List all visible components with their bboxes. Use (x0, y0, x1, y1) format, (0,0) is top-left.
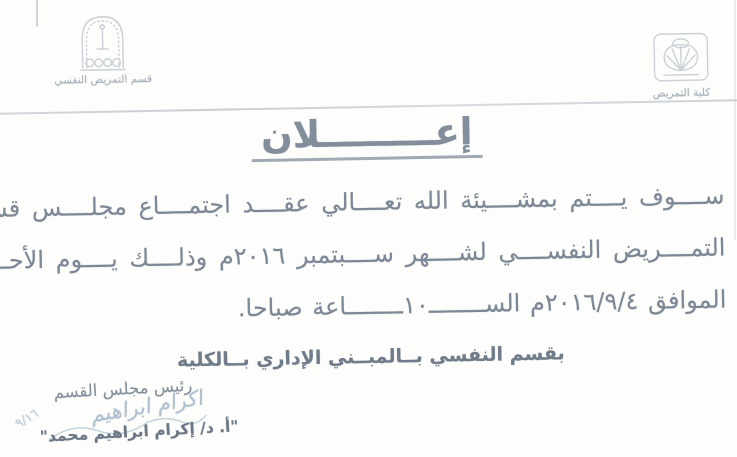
document-sheet: قسم التمريض النفسي كلية التمريض إعــــــ… (0, 0, 737, 457)
college-stamp: كلية التمريض (636, 29, 725, 100)
announcement-body: ســــوف يــــتم بمشــــيئة الله تعــــال… (9, 169, 727, 338)
signature-block: رئيس مجلس القسم اكرام ابراهيم ٩/١٦ "أ. د… (13, 371, 284, 404)
college-stamp-caption: كلية التمريض (637, 86, 725, 100)
department-stamp-caption: قسم التمريض النفسي (49, 73, 157, 87)
department-emblem-icon (65, 10, 140, 73)
scanned-announcement-page: قسم التمريض النفسي كلية التمريض إعــــــ… (0, 0, 737, 457)
announcement-title-text: إعـــــــــلان (251, 110, 483, 162)
signature-handwritten-date: ٩/١٦ (12, 405, 41, 430)
college-emblem-icon (649, 30, 712, 87)
department-stamp: قسم التمريض النفسي (48, 10, 157, 87)
announcement-title: إعـــــــــلان (0, 105, 736, 166)
location-line: بقسم النفسي بــالمبــني الإداري بــالكلي… (2, 339, 737, 375)
